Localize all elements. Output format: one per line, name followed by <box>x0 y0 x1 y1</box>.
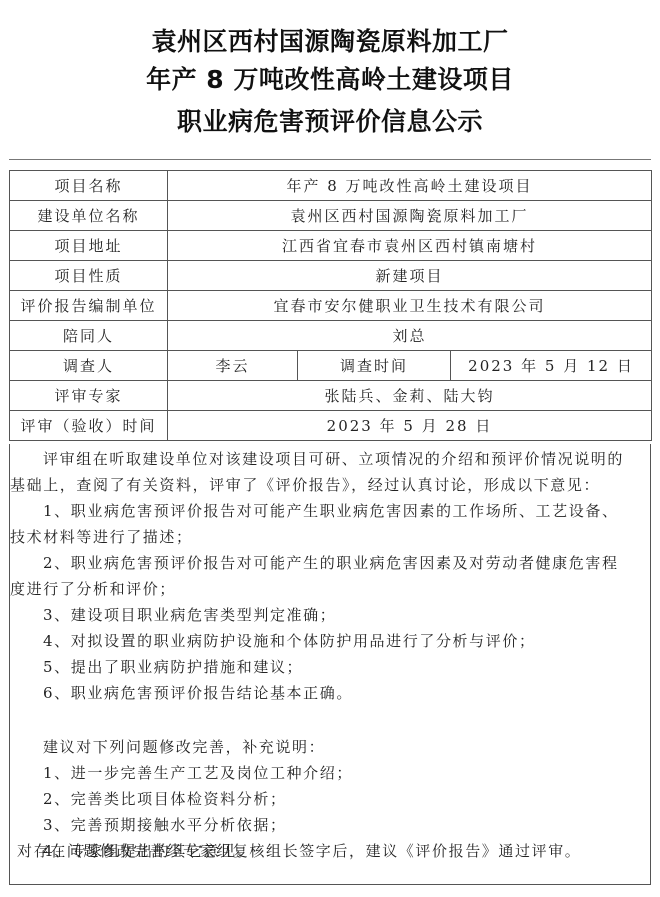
suggestion-item: 1、进一步完善生产工艺及岗位工种介绍； <box>10 760 353 786</box>
row-value: 新建项目 <box>168 261 652 291</box>
row-label: 陪同人 <box>10 321 168 351</box>
intro-text: 评审组在听取建设单位对该建设项目可研、立项情况的介绍和预评价情况说明的 <box>10 446 624 472</box>
row-label: 评审专家 <box>10 381 168 411</box>
opinion-item: 5、提出了职业病防护措施和建议； <box>10 654 303 680</box>
table-row: 陪同人 刘总 <box>10 321 652 351</box>
row-label: 评审（验收）时间 <box>10 411 168 441</box>
suggestion-item: 3、完善预期接触水平分析依据； <box>10 812 287 838</box>
table-row: 评价报告编制单位 宜春市安尔健职业卫生技术有限公司 <box>10 291 652 321</box>
table-row: 评审专家 张陆兵、金莉、陆大钧 <box>10 381 652 411</box>
row-label: 评价报告编制单位 <box>10 291 168 321</box>
row-value: 2023 年 5 月 12 日 <box>451 351 652 381</box>
row-label: 建设单位名称 <box>10 201 168 231</box>
row-label: 项目地址 <box>10 231 168 261</box>
opinion-item: 1、职业病危害预评价报告对可能产生职业病危害因素的工作场所、工艺设备、 <box>10 498 619 524</box>
row-value: 张陆兵、金莉、陆大钧 <box>168 381 652 411</box>
conclusion-text: 对存在问题修改完善经专家组复核组长签字后，建议《评价报告》通过评审。 <box>17 840 581 861</box>
title-notice: 职业病危害预评价信息公示 <box>0 102 660 138</box>
review-opinion-box: 评审组在听取建设单位对该建设项目可研、立项情况的介绍和预评价情况说明的 基础上，… <box>9 444 651 885</box>
table-row: 项目地址 江西省宜春市袁州区西村镇南塘村 <box>10 231 652 261</box>
table-row: 建设单位名称 袁州区西村国源陶瓷原料加工厂 <box>10 201 652 231</box>
row-value: 袁州区西村国源陶瓷原料加工厂 <box>168 201 652 231</box>
opinion-item: 2、职业病危害预评价报告对可能产生的职业病危害因素及对劳动者健康危害程 <box>10 550 619 576</box>
suggestion-item: 2、完善类比项目体检资料分析； <box>10 786 287 812</box>
opinion-item: 6、职业病危害预评价报告结论基本正确。 <box>10 680 353 706</box>
suggestion-heading: 建议对下列问题修改完善，补充说明： <box>10 734 325 760</box>
row-label: 调查时间 <box>298 351 451 381</box>
title-project: 年产 8 万吨改性高岭土建设项目 <box>0 60 660 96</box>
opinion-item: 4、对拟设置的职业病防护设施和个体防护用品进行了分析与评价； <box>10 628 536 654</box>
table-row: 项目性质 新建项目 <box>10 261 652 291</box>
row-value: 李云 <box>168 351 298 381</box>
title-company: 袁州区西村国源陶瓷原料加工厂 <box>0 22 660 58</box>
row-value: 刘总 <box>168 321 652 351</box>
opinion-item: 技术材料等进行了描述； <box>10 524 193 550</box>
divider <box>9 159 651 160</box>
info-table: 项目名称 年产 8 万吨改性高岭土建设项目 建设单位名称 袁州区西村国源陶瓷原料… <box>9 170 652 441</box>
opinion-item: 3、建设项目职业病危害类型判定准确； <box>10 602 336 628</box>
row-value: 2023 年 5 月 28 日 <box>168 411 652 441</box>
row-label: 项目名称 <box>10 171 168 201</box>
row-value: 江西省宜春市袁州区西村镇南塘村 <box>168 231 652 261</box>
intro-text: 基础上，查阅了有关资料，评审了《评价报告》，经过认真讨论，形成以下意见： <box>10 472 600 498</box>
row-label: 项目性质 <box>10 261 168 291</box>
row-value: 宜春市安尔健职业卫生技术有限公司 <box>168 291 652 321</box>
table-row: 项目名称 年产 8 万吨改性高岭土建设项目 <box>10 171 652 201</box>
opinion-item: 度进行了分析和评价； <box>10 576 176 602</box>
row-label: 调查人 <box>10 351 168 381</box>
table-row: 评审（验收）时间 2023 年 5 月 28 日 <box>10 411 652 441</box>
table-row: 调查人 李云 调查时间 2023 年 5 月 12 日 <box>10 351 652 381</box>
row-value: 年产 8 万吨改性高岭土建设项目 <box>168 171 652 201</box>
